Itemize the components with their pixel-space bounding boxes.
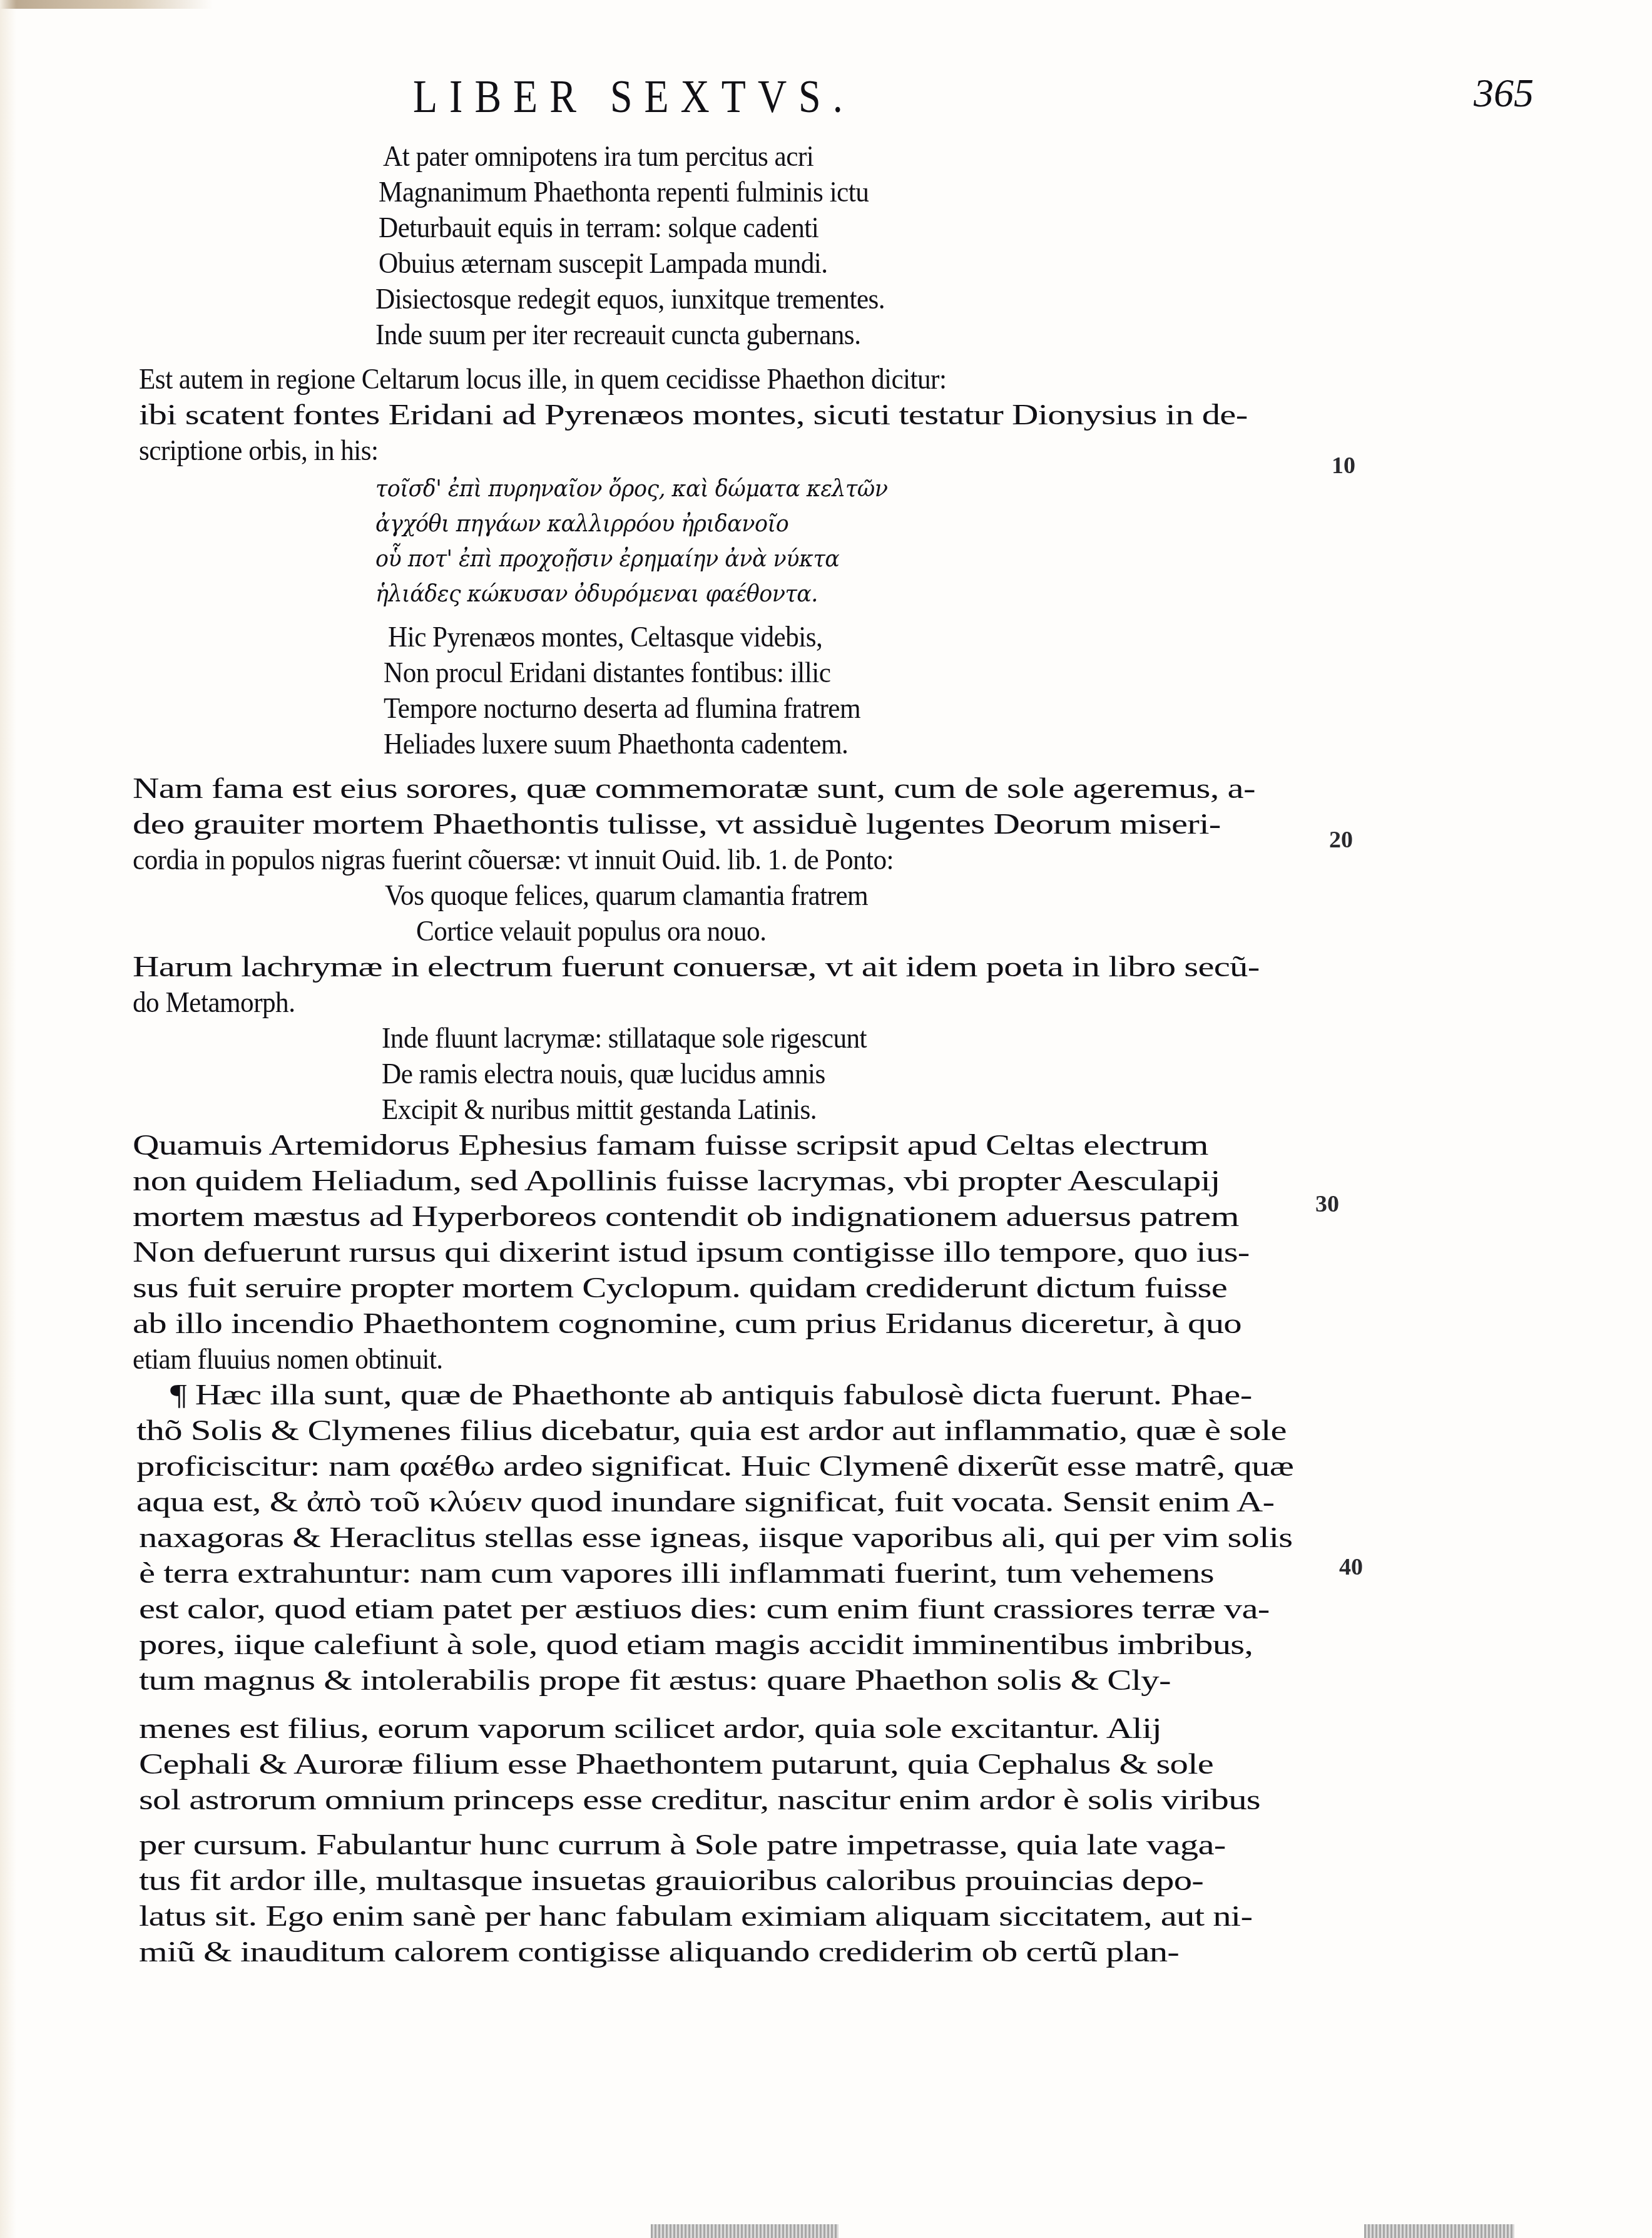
verse-line: Tempore nocturno deserta ad flumina frat… [384, 691, 860, 727]
prose-line: Non defuerunt rursus qui dixerint istud … [133, 1235, 1250, 1270]
prose-line: latus sit. Ego enim sanè per hanc fabula… [139, 1899, 1252, 1934]
verse-line: Obuius æternam suscepit Lampada mundi. [379, 246, 828, 282]
margin-line-number: 20 [1329, 826, 1353, 854]
verse-line: Cortice velauit populus ora nouo. [416, 914, 766, 949]
prose-line: sol astrorum omnium princeps esse credit… [139, 1782, 1260, 1818]
gutter-shadow [0, 0, 16, 2238]
verse-line: Excipit & nuribus mittit gestanda Latini… [382, 1092, 817, 1128]
prose-line: Nam fama est eius sorores, quæ commemora… [133, 771, 1255, 807]
greek-verse-line: τοῖσδ' ἐπὶ πυρηναῖον ὄρος, καὶ δώματα κε… [375, 471, 887, 506]
prose-line: deo grauiter mortem Phaethontis tulisse,… [133, 807, 1221, 842]
prose-line: non quidem Heliadum, sed Apollinis fuiss… [133, 1163, 1220, 1199]
prose-line: etiam fluuius nomen obtinuit. [133, 1342, 443, 1377]
page-edge-shadow [0, 0, 213, 9]
verse-line: Heliades luxere suum Phaethonta cadentem… [384, 727, 848, 762]
prose-line: Quamuis Artemidorus Ephesius famam fuiss… [133, 1128, 1208, 1163]
verse-line: At pater omnipotens ira tum percitus acr… [383, 139, 813, 175]
verse-line: Deturbauit equis in terram: solque caden… [379, 210, 818, 246]
verse-line: Inde suum per iter recreauit cuncta gube… [375, 317, 860, 353]
verse-line: Non procul Eridani distantes fontibus: i… [384, 655, 830, 691]
prose-line: è terra extrahuntur: nam cum vapores ill… [139, 1556, 1214, 1592]
verse-line: Vos quoque felices, quarum clamantia fra… [385, 878, 868, 914]
prose-line: ibi scatent fontes Eridani ad Pyrenæos m… [139, 397, 1248, 433]
margin-line-number: 40 [1339, 1553, 1363, 1581]
greek-verse-line: ἡλιάδες κώκυσαν ὀδυρόμεναι φαέθοντα. [375, 576, 818, 611]
prose-line: menes est filius, eorum vaporum scilicet… [139, 1711, 1161, 1747]
prose-line: pores, iique calefiunt à sole, quod etia… [139, 1627, 1253, 1663]
bottom-edge-artifact [651, 2224, 839, 2238]
prose-line: mortem mæstus ad Hyperboreos contendit o… [133, 1199, 1239, 1235]
prose-line: tum magnus & intolerabilis prope fit æst… [139, 1663, 1171, 1699]
prose-line: ab illo incendio Phaethontem cognomine, … [133, 1306, 1242, 1342]
prose-line: aqua est, & ἀπὸ τοῦ κλύειν quod inundare… [136, 1484, 1274, 1520]
verse-line: Hic Pyrenæos montes, Celtasque videbis, [388, 620, 822, 655]
prose-line: miũ & inauditum calorem contigisse aliqu… [139, 1934, 1179, 1970]
page-number: 365 [1474, 70, 1534, 116]
prose-line: est calor, quod etiam patet per æstiuos … [139, 1592, 1270, 1627]
prose-line: scriptione orbis, in his: [139, 433, 379, 469]
prose-line: naxagoras & Heraclitus stellas esse igne… [139, 1520, 1292, 1556]
prose-line: Est autem in regione Celtarum locus ille… [139, 362, 946, 397]
margin-line-number: 10 [1332, 452, 1355, 479]
prose-line: per cursum. Fabulantur hunc currum à Sol… [139, 1827, 1226, 1863]
greek-verse-line: οὗ ποτ' ἐπὶ προχοῇσιν ἐρημαίην ἀνὰ νύκτα [375, 541, 839, 576]
prose-line: Cephali & Auroræ filium esse Phaethontem… [139, 1747, 1213, 1782]
prose-line: ¶ Hæc illa sunt, quæ de Phaethonte ab an… [170, 1377, 1252, 1413]
verse-line: De ramis electra nouis, quæ lucidus amni… [382, 1056, 825, 1092]
running-head: LIBER SEXTVS. [413, 70, 855, 123]
verse-line: Disiectosque redegit equos, iunxitque tr… [375, 282, 885, 317]
prose-line: thõ Solis & Clymenes filius dicebatur, q… [136, 1413, 1287, 1449]
verse-line: Magnanimum Phaethonta repenti fulminis i… [379, 175, 869, 210]
prose-line: tus fit ardor ille, multasque insuetas g… [139, 1863, 1203, 1899]
prose-line: do Metamorph. [133, 985, 295, 1021]
bottom-edge-artifact [1364, 2224, 1514, 2238]
prose-line: Harum lachrymæ in electrum fuerunt conue… [133, 949, 1259, 985]
prose-line: cordia in populos nigras fuerint cõuersæ… [133, 842, 894, 878]
prose-line: proficiscitur: nam φαέθω ardeo significa… [136, 1449, 1293, 1484]
greek-verse-line: ἀγχόθι πηγάων καλλιρρόου ἠριδανοῖο [375, 506, 788, 541]
prose-line: sus fuit seruire propter mortem Cyclopum… [133, 1270, 1227, 1306]
margin-line-number: 30 [1315, 1190, 1339, 1218]
verse-line: Inde fluunt lacrymæ: stillataque sole ri… [382, 1021, 867, 1056]
